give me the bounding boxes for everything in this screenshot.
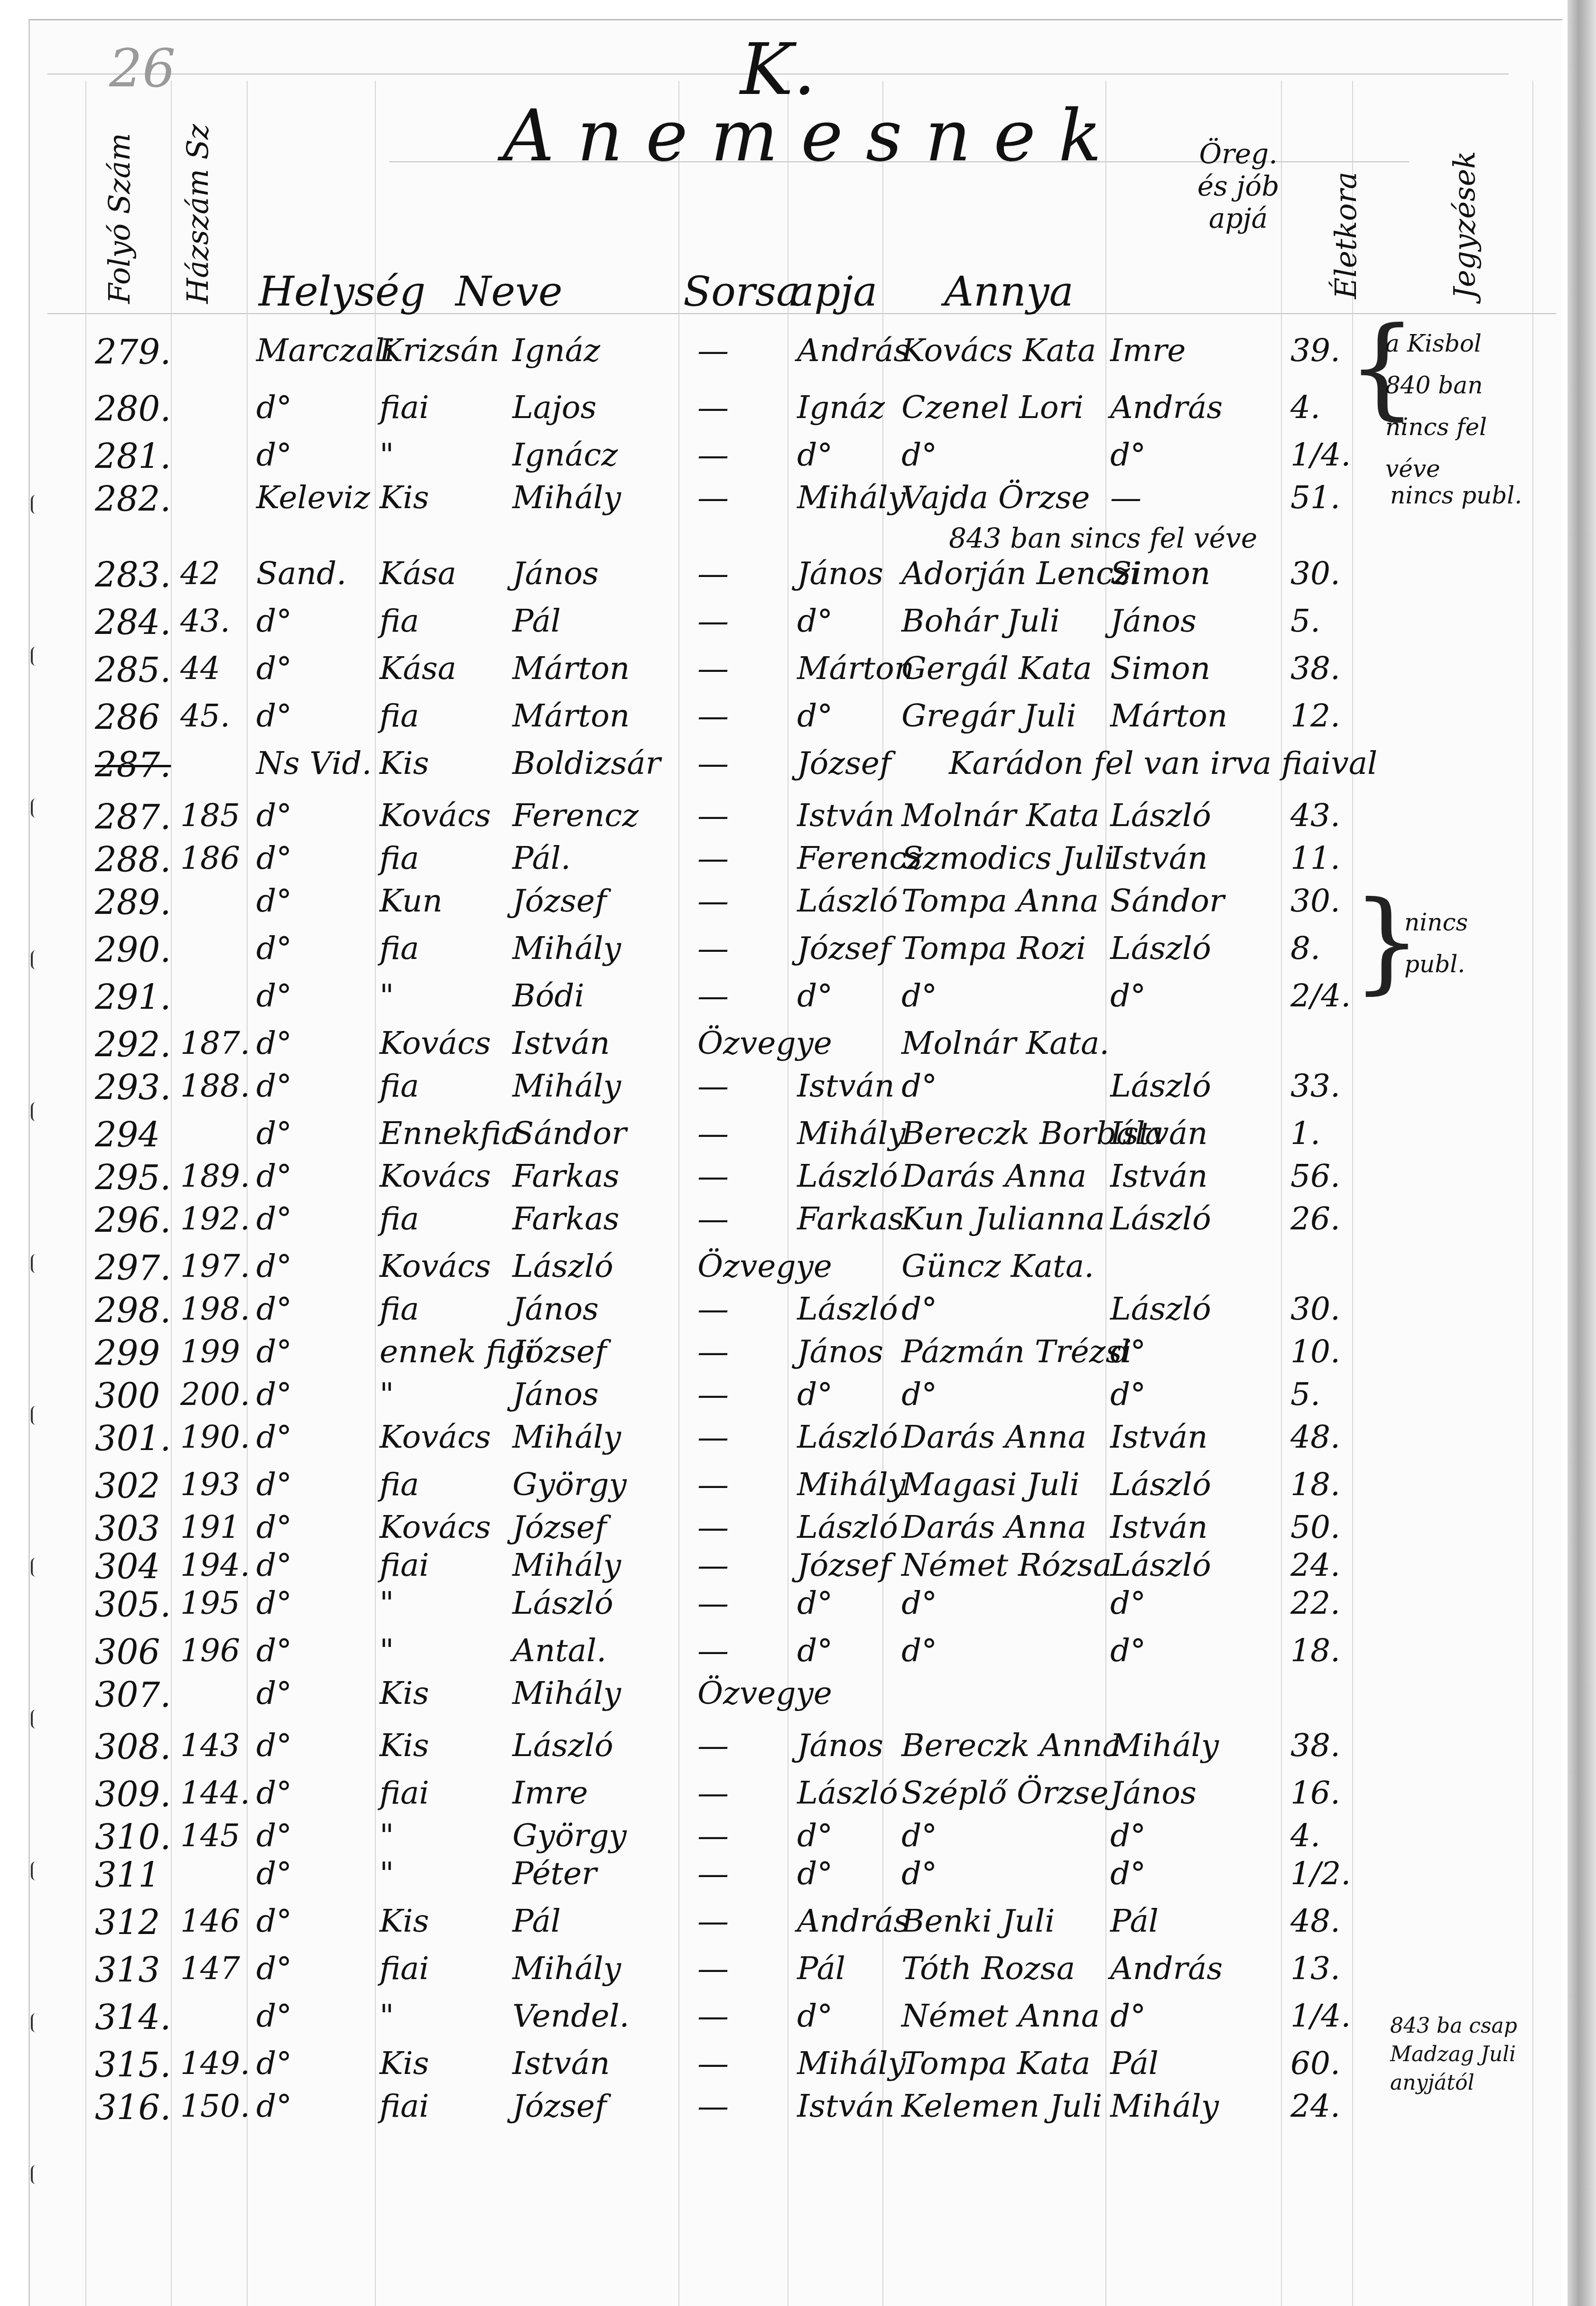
place: d° bbox=[256, 977, 292, 1014]
given-name: Mihály bbox=[512, 930, 621, 967]
surname: Kun bbox=[380, 883, 443, 919]
place: d° bbox=[256, 1547, 292, 1583]
age: 4. bbox=[1290, 1817, 1320, 1854]
surname: " bbox=[380, 1855, 394, 1892]
father-name: d° bbox=[797, 1376, 833, 1413]
place: d° bbox=[256, 1817, 292, 1854]
surname: Kovács bbox=[380, 1025, 491, 1061]
surname: Kovács bbox=[380, 1158, 491, 1194]
age: 39. bbox=[1290, 332, 1340, 369]
place: d° bbox=[256, 1509, 292, 1545]
grandfather-name: Pál bbox=[1110, 1903, 1159, 1939]
place: d° bbox=[256, 697, 292, 734]
status: Özvegye bbox=[697, 1248, 832, 1284]
grandfather-name: d° bbox=[1110, 1855, 1146, 1892]
mother-name: d° bbox=[901, 1376, 937, 1413]
row-number: 309. bbox=[95, 1775, 171, 1814]
surname: Kis bbox=[380, 745, 429, 781]
house-number: 42 bbox=[180, 555, 220, 592]
grandfather-name: László bbox=[1110, 930, 1211, 967]
father-name: János bbox=[797, 1333, 883, 1370]
house-number: 147 bbox=[180, 1950, 240, 1987]
status: — bbox=[697, 1291, 729, 1327]
grandfather-name: Márton bbox=[1110, 697, 1227, 734]
remark-289-291: nincs publ. bbox=[1404, 902, 1468, 985]
status: — bbox=[697, 1775, 729, 1811]
house-number: 192. bbox=[180, 1200, 250, 1237]
col-rule bbox=[375, 81, 376, 2306]
row-number: 287. bbox=[95, 745, 171, 785]
row-number: 297. bbox=[95, 1248, 171, 1288]
mother-name: Kelemen Juli bbox=[901, 2088, 1102, 2124]
age: 18. bbox=[1290, 1632, 1340, 1669]
place: d° bbox=[256, 797, 292, 834]
status: — bbox=[697, 1333, 729, 1370]
row-number: 281. bbox=[95, 437, 171, 476]
col-rule bbox=[1281, 81, 1282, 2306]
status: — bbox=[697, 1903, 729, 1939]
grandfather-name: Pál bbox=[1110, 2045, 1159, 2082]
given-name: László bbox=[512, 1585, 613, 1621]
father-name: Mihály bbox=[797, 2045, 906, 2082]
mother-name: Bereczk Anna bbox=[901, 1727, 1121, 1764]
status: — bbox=[697, 2088, 729, 2124]
status: — bbox=[697, 1419, 729, 1455]
age: 12. bbox=[1290, 697, 1340, 734]
given-name: Mihály bbox=[512, 1419, 621, 1455]
grandfather-name: István bbox=[1110, 1158, 1208, 1194]
house-number: 199 bbox=[180, 1333, 240, 1370]
mother-name: Magasi Juli bbox=[901, 1466, 1080, 1503]
given-name: Mihály bbox=[512, 1950, 621, 1987]
given-name: Ferencz bbox=[512, 797, 639, 834]
place: d° bbox=[256, 1068, 292, 1104]
grandfather-name: d° bbox=[1110, 1333, 1146, 1370]
place: Keleviz bbox=[256, 479, 370, 516]
place: d° bbox=[256, 883, 292, 919]
surname: fiai bbox=[380, 2088, 429, 2124]
header-neve: Neve bbox=[455, 268, 563, 316]
row-number: 284. bbox=[95, 603, 171, 642]
father-name: János bbox=[797, 1727, 883, 1764]
mother-name: d° bbox=[901, 1068, 937, 1104]
status: — bbox=[697, 930, 729, 967]
grandfather-name: Simon bbox=[1110, 555, 1210, 592]
place: d° bbox=[256, 1115, 292, 1152]
surname: fia bbox=[380, 603, 419, 639]
given-name: György bbox=[512, 1466, 627, 1503]
surname: fiai bbox=[380, 1950, 429, 1987]
row-number: 316. bbox=[95, 2088, 171, 2128]
age: 24. bbox=[1290, 1547, 1340, 1583]
place: d° bbox=[256, 840, 292, 876]
place: d° bbox=[256, 1998, 292, 2034]
row-number: 314. bbox=[95, 1998, 171, 2037]
surname: Ennekfia bbox=[380, 1115, 520, 1152]
grandfather-name: d° bbox=[1110, 1632, 1146, 1669]
surname: " bbox=[380, 437, 394, 473]
given-name: Antal. bbox=[512, 1632, 606, 1669]
row-number: 290. bbox=[95, 930, 171, 970]
place: Sand. bbox=[256, 555, 346, 592]
father-name: László bbox=[797, 1158, 898, 1194]
col-rule bbox=[85, 81, 86, 2306]
given-name: Péter bbox=[512, 1855, 597, 1892]
surname: Krizsán bbox=[380, 332, 499, 369]
house-number: 43. bbox=[180, 603, 230, 639]
remark-282-interline: 843 ban sincs fel véve bbox=[949, 522, 1257, 554]
given-name: József bbox=[512, 2088, 606, 2124]
mother-name: Kun Julianna bbox=[901, 1200, 1105, 1237]
surname: " bbox=[380, 1585, 394, 1621]
house-number: 189. bbox=[180, 1158, 250, 1194]
status: — bbox=[697, 1158, 729, 1194]
father-name: d° bbox=[797, 1632, 833, 1669]
status: — bbox=[697, 1547, 729, 1583]
surname: fia bbox=[380, 1466, 419, 1503]
surname: Kis bbox=[380, 1675, 429, 1711]
status: — bbox=[697, 1998, 729, 2034]
mother-name: Tóth Rozsa bbox=[901, 1950, 1075, 1987]
grandfather-name: — bbox=[1110, 479, 1141, 516]
surname: Kovács bbox=[380, 1248, 491, 1284]
age: 50. bbox=[1290, 1509, 1340, 1545]
father-name: László bbox=[797, 1775, 898, 1811]
age: 8. bbox=[1290, 930, 1320, 967]
place: d° bbox=[256, 1466, 292, 1503]
place: d° bbox=[256, 1200, 292, 1237]
house-number: 187. bbox=[180, 1025, 250, 1061]
house-number: 194. bbox=[180, 1547, 250, 1583]
surname: fia bbox=[380, 1291, 419, 1327]
grandfather-name: d° bbox=[1110, 437, 1146, 473]
surname: " bbox=[380, 1632, 394, 1669]
place: d° bbox=[256, 1376, 292, 1413]
row-number: 294 bbox=[95, 1115, 160, 1155]
given-name: Lajos bbox=[512, 389, 596, 426]
father-name: Mihály bbox=[797, 1115, 906, 1152]
father-name: Farkas bbox=[797, 1200, 904, 1237]
row-number: 293. bbox=[95, 1068, 171, 1107]
status: — bbox=[697, 1068, 729, 1104]
place: d° bbox=[256, 1419, 292, 1455]
mother-name: Tompa Kata bbox=[901, 2045, 1090, 2082]
age: 38. bbox=[1290, 1727, 1340, 1764]
row-number: 308. bbox=[95, 1727, 171, 1767]
given-name: József bbox=[512, 1509, 606, 1545]
surname: Kása bbox=[380, 555, 456, 592]
status: Özvegye bbox=[697, 1675, 832, 1711]
header-oreg-es-job-apja: Öreg. és jób apjá bbox=[1196, 138, 1281, 299]
book-spine bbox=[1568, 0, 1596, 2306]
header-annya: Annya bbox=[944, 268, 1074, 316]
status: — bbox=[697, 1200, 729, 1237]
inline-note: Karádon fel van irva fiaival bbox=[949, 745, 1377, 781]
house-number: 191 bbox=[180, 1509, 240, 1545]
age: 4. bbox=[1290, 389, 1320, 426]
row-number: 313 bbox=[95, 1950, 160, 1990]
age: 60. bbox=[1290, 2045, 1340, 2082]
binding-stitches bbox=[31, 495, 40, 2298]
row-number: 300 bbox=[95, 1376, 160, 1416]
mother-name: d° bbox=[901, 437, 937, 473]
mother-name: Német Anna bbox=[901, 1998, 1100, 2034]
mother-name: d° bbox=[901, 1817, 937, 1854]
place: d° bbox=[256, 1727, 292, 1764]
surname: Kovács bbox=[380, 1419, 491, 1455]
mother-name: Tompa Rozi bbox=[901, 930, 1086, 967]
col-rule bbox=[1532, 81, 1533, 2306]
header-helyseg: Helység bbox=[259, 268, 426, 316]
grandfather-name: László bbox=[1110, 797, 1211, 834]
mother-name: Bohár Juli bbox=[901, 603, 1060, 639]
grandfather-name: d° bbox=[1110, 977, 1146, 1014]
given-name: Farkas bbox=[512, 1200, 619, 1237]
row-number: 302 bbox=[95, 1466, 160, 1506]
row-number: 312 bbox=[95, 1903, 160, 1943]
surname: Kovács bbox=[380, 1509, 491, 1545]
status: — bbox=[697, 977, 729, 1014]
surname: Kis bbox=[380, 479, 429, 516]
mother-name: Czenel Lori bbox=[901, 389, 1084, 426]
given-name: István bbox=[512, 1025, 610, 1061]
given-name: Farkas bbox=[512, 1158, 619, 1194]
age: 51. bbox=[1290, 479, 1340, 516]
surname: Kovács bbox=[380, 797, 491, 834]
house-number: 186 bbox=[180, 840, 240, 876]
grandfather-name: d° bbox=[1110, 1376, 1146, 1413]
grandfather-name: László bbox=[1110, 1466, 1211, 1503]
father-name: Mihály bbox=[797, 1466, 906, 1503]
mother-name: Molnár Kata bbox=[901, 797, 1099, 834]
mother-name: d° bbox=[901, 1855, 937, 1892]
given-name: Mihály bbox=[512, 1547, 621, 1583]
age: 48. bbox=[1290, 1419, 1340, 1455]
status: — bbox=[697, 650, 729, 687]
age: 22. bbox=[1290, 1585, 1340, 1621]
given-name: Ignáz bbox=[512, 332, 600, 369]
grandfather-name: István bbox=[1110, 1419, 1208, 1455]
status: — bbox=[697, 1632, 729, 1669]
father-name: László bbox=[797, 1419, 898, 1455]
house-number: 188. bbox=[180, 1068, 250, 1104]
status: Özvegye bbox=[697, 1025, 832, 1061]
age: 11. bbox=[1290, 840, 1340, 876]
status: — bbox=[697, 332, 729, 369]
surname: fia bbox=[380, 840, 419, 876]
house-number: 193 bbox=[180, 1466, 240, 1503]
col-rule bbox=[788, 81, 789, 2306]
place: d° bbox=[256, 1585, 292, 1621]
row-number: 310. bbox=[95, 1817, 171, 1857]
house-number: 190. bbox=[180, 1419, 250, 1455]
remark-279-281: a Kisbol 840 ban nincs fel véve bbox=[1385, 323, 1487, 490]
grandfather-name: Sándor bbox=[1110, 883, 1225, 919]
grandfather-name: Simon bbox=[1110, 650, 1210, 687]
row-number: 289. bbox=[95, 883, 171, 922]
surname: fiai bbox=[380, 389, 429, 426]
mother-name: d° bbox=[901, 1632, 937, 1669]
given-name: László bbox=[512, 1727, 613, 1764]
mother-name: Vajda Örzse bbox=[901, 479, 1090, 516]
given-name: Sándor bbox=[512, 1115, 627, 1152]
grandfather-name: János bbox=[1110, 1775, 1197, 1811]
mother-name: Pázmán Trézsi bbox=[901, 1333, 1132, 1370]
given-name: Imre bbox=[512, 1775, 588, 1811]
place: d° bbox=[256, 2045, 292, 2082]
mother-name: Darás Anna bbox=[901, 1158, 1086, 1194]
remark-312-313: 843 ba csap Madzag Juli anyjától bbox=[1390, 2012, 1517, 2097]
status: — bbox=[697, 1509, 729, 1545]
surname: fiai bbox=[380, 1547, 429, 1583]
house-number: 145 bbox=[180, 1817, 240, 1854]
age: 24. bbox=[1290, 2088, 1340, 2124]
grandfather-name: Imre bbox=[1110, 332, 1186, 369]
house-number: 144. bbox=[180, 1775, 250, 1811]
surname: " bbox=[380, 1817, 394, 1854]
father-name: d° bbox=[797, 1998, 833, 2034]
place: d° bbox=[256, 1855, 292, 1892]
given-name: Boldizsár bbox=[512, 745, 660, 781]
row-number: 287. bbox=[95, 797, 171, 837]
place: d° bbox=[256, 1291, 292, 1327]
house-number: 44 bbox=[180, 650, 220, 687]
place: d° bbox=[256, 1248, 292, 1284]
row-number: 283. bbox=[95, 555, 171, 595]
age: 56. bbox=[1290, 1158, 1340, 1194]
age: 1/4. bbox=[1290, 1998, 1351, 2034]
header-folyo-szam: Folyó Szám bbox=[102, 76, 137, 304]
father-name: d° bbox=[797, 1855, 833, 1892]
grandfather-name: László bbox=[1110, 1068, 1211, 1104]
row-number: 304 bbox=[95, 1547, 160, 1587]
age: 43. bbox=[1290, 797, 1340, 834]
place: d° bbox=[256, 1025, 292, 1061]
row-number: 305. bbox=[95, 1585, 171, 1625]
age: 5. bbox=[1290, 1376, 1320, 1413]
father-name: László bbox=[797, 883, 898, 919]
surname: fia bbox=[380, 930, 419, 967]
header-hazszam: Házszám Sz bbox=[180, 76, 215, 304]
status: — bbox=[697, 1950, 729, 1987]
given-name: Mihály bbox=[512, 1675, 621, 1711]
house-number: 197. bbox=[180, 1248, 250, 1284]
age: 26. bbox=[1290, 1200, 1340, 1237]
mother-name: Darás Anna bbox=[901, 1509, 1086, 1545]
row-number: 296. bbox=[95, 1200, 171, 1240]
father-name: István bbox=[797, 2088, 895, 2124]
status: — bbox=[697, 1376, 729, 1413]
status: — bbox=[697, 697, 729, 734]
age: 1/4. bbox=[1290, 437, 1351, 473]
status: — bbox=[697, 1466, 729, 1503]
age: 16. bbox=[1290, 1775, 1340, 1811]
age: 38. bbox=[1290, 650, 1340, 687]
place: d° bbox=[256, 650, 292, 687]
surname: fiai bbox=[380, 1775, 429, 1811]
place: d° bbox=[256, 1775, 292, 1811]
surname: " bbox=[380, 1376, 394, 1413]
father-name: Márton bbox=[797, 650, 914, 687]
mother-name: Szmodics Juli bbox=[901, 840, 1114, 876]
row-number: 280. bbox=[95, 389, 171, 429]
mother-name: Kovács Kata bbox=[901, 332, 1096, 369]
father-name: Mihály bbox=[797, 479, 906, 516]
col-rule bbox=[678, 81, 679, 2306]
remark-282: nincs publ. bbox=[1390, 474, 1522, 516]
row-number: 282. bbox=[95, 479, 171, 519]
place: d° bbox=[256, 930, 292, 967]
given-name: Mihály bbox=[512, 479, 621, 516]
father-name: Pál bbox=[797, 1950, 845, 1987]
father-name: József bbox=[797, 930, 891, 967]
mother-name: d° bbox=[901, 1291, 937, 1327]
given-name: Pál bbox=[512, 1903, 561, 1939]
place: d° bbox=[256, 1158, 292, 1194]
mother-name: Benki Juli bbox=[901, 1903, 1055, 1939]
grandfather-name: László bbox=[1110, 1200, 1211, 1237]
surname: fia bbox=[380, 1200, 419, 1237]
age: 10. bbox=[1290, 1333, 1340, 1370]
given-name: Márton bbox=[512, 650, 630, 687]
row-number: 311 bbox=[95, 1855, 160, 1895]
given-name: Ignácz bbox=[512, 437, 618, 473]
mother-name: Tompa Anna bbox=[901, 883, 1099, 919]
given-name: István bbox=[512, 2045, 610, 2082]
father-name: d° bbox=[797, 697, 833, 734]
father-name: d° bbox=[797, 1817, 833, 1854]
mother-name: Gregár Juli bbox=[901, 697, 1076, 734]
age: 30. bbox=[1290, 555, 1340, 592]
age: 33. bbox=[1290, 1068, 1340, 1104]
row-number: 286 bbox=[95, 697, 160, 737]
place: d° bbox=[256, 1675, 292, 1711]
status: — bbox=[697, 797, 729, 834]
status: — bbox=[697, 479, 729, 516]
given-name: József bbox=[512, 1333, 606, 1370]
row-number: 306 bbox=[95, 1632, 160, 1672]
surname: " bbox=[380, 977, 394, 1014]
age: 18. bbox=[1290, 1466, 1340, 1503]
given-name: László bbox=[512, 1248, 613, 1284]
house-number: 45. bbox=[180, 697, 230, 734]
col-rule bbox=[1105, 81, 1106, 2306]
age: 5. bbox=[1290, 603, 1320, 639]
house-number: 196 bbox=[180, 1632, 240, 1669]
father-name: d° bbox=[797, 437, 833, 473]
father-name: d° bbox=[797, 1585, 833, 1621]
header-sorsa: Sorsa bbox=[683, 268, 800, 316]
status: — bbox=[697, 1727, 729, 1764]
grandfather-name: István bbox=[1110, 840, 1208, 876]
father-name: János bbox=[797, 555, 883, 592]
place: Ns Vid. bbox=[256, 745, 371, 781]
status: — bbox=[697, 840, 729, 876]
row-number: 292. bbox=[95, 1025, 171, 1065]
house-number: 146 bbox=[180, 1903, 240, 1939]
surname: " bbox=[380, 1998, 394, 2034]
father-name: András bbox=[797, 332, 909, 369]
given-name: Vendel. bbox=[512, 1998, 630, 2034]
place: d° bbox=[256, 1903, 292, 1939]
age: 13. bbox=[1290, 1950, 1340, 1987]
house-number: 150. bbox=[180, 2088, 250, 2124]
age: 30. bbox=[1290, 883, 1340, 919]
mother-name: Széplő Örzse bbox=[901, 1775, 1108, 1811]
grandfather-name: István bbox=[1110, 1509, 1208, 1545]
status: — bbox=[697, 603, 729, 639]
mother-name: Adorján Lenczi bbox=[901, 555, 1140, 592]
